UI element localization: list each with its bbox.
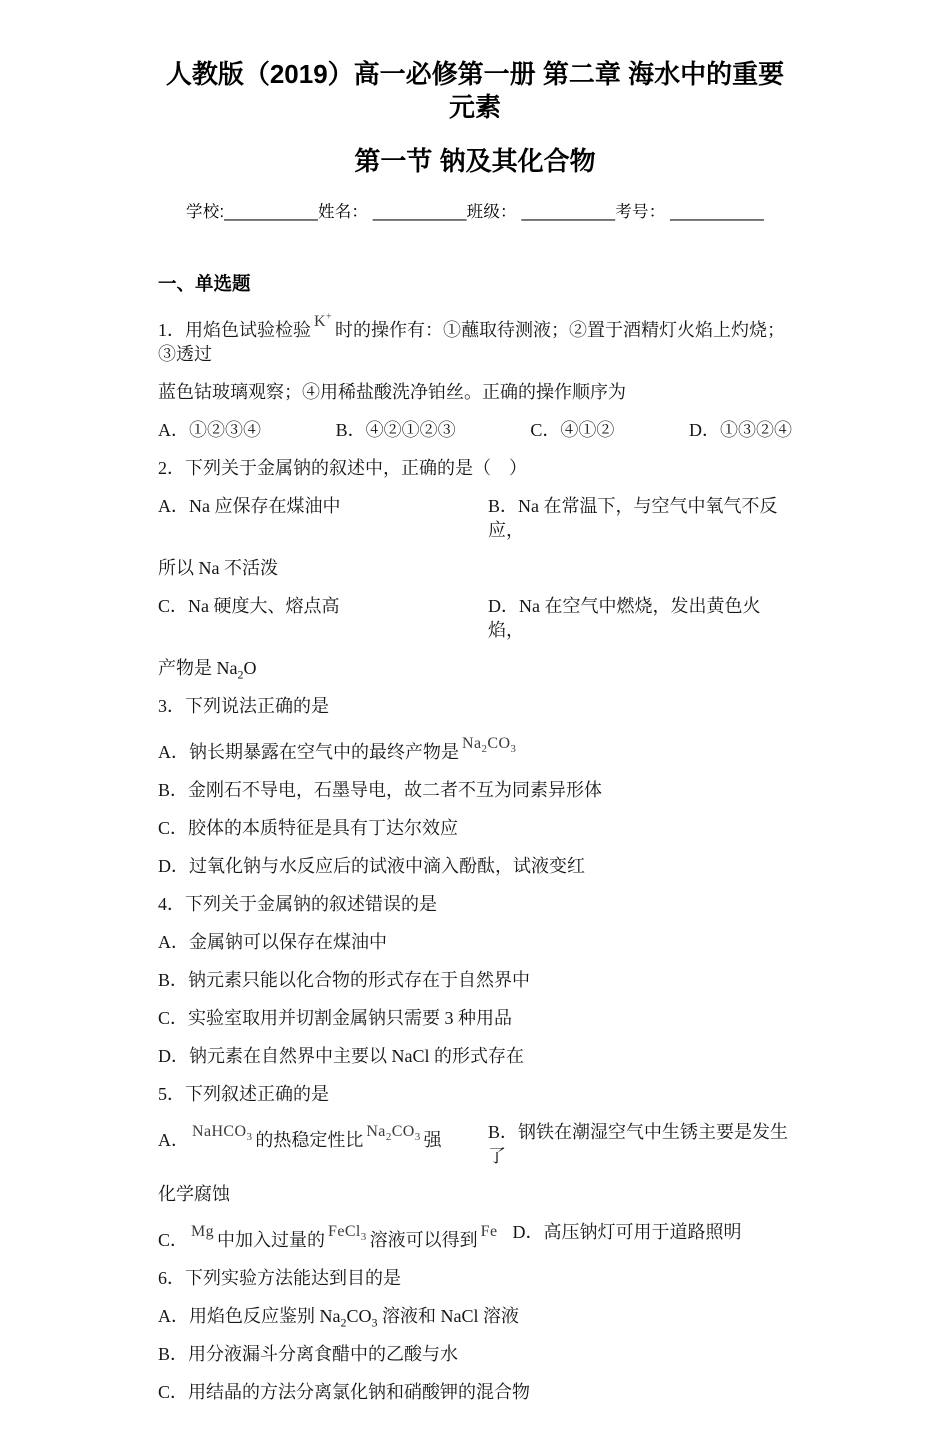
option: B．钢铁在潮湿空气中生锈主要是发生了: [488, 1120, 792, 1168]
text-run: A．金属钠可以保存在煤油中: [158, 932, 387, 952]
text-run: FeCl: [328, 1223, 361, 1240]
chem-formula: Fe: [481, 1223, 498, 1240]
text-run: C．胶体的本质特征是具有丁达尔效应: [158, 818, 458, 838]
text-run: 强: [424, 1130, 442, 1150]
option: B．④②①②③: [336, 418, 456, 442]
chem-formula: FeCl3: [328, 1223, 367, 1240]
option: D．①③②④: [689, 418, 792, 442]
text-run: O: [244, 658, 257, 678]
text-run: NaHCO: [192, 1123, 246, 1140]
question-1: 1．用焰色试验检验K+时的操作有：①蘸取待测液；②置于酒精灯火焰上灼烧；③透过蓝…: [158, 310, 792, 442]
question-line: 6．下列实验方法能达到目的是: [158, 1266, 792, 1290]
question-line: A．用焰色反应鉴别 Na2CO3 溶液和 NaCl 溶液: [158, 1304, 792, 1328]
text-run: A．Na 应保存在煤油中: [158, 496, 341, 516]
text-run: 的热稳定性比: [255, 1130, 363, 1150]
question-6: 6．下列实验方法能达到目的是A．用焰色反应鉴别 Na2CO3 溶液和 NaCl …: [158, 1266, 792, 1404]
question-line: C．实验室取用并切割金属钠只需要 3 种用品: [158, 1006, 792, 1030]
text-run: 3．下列说法正确的是: [158, 696, 329, 716]
option: C．Na 硬度大、熔点高: [158, 594, 488, 618]
text-run: 溶液可以得到: [370, 1230, 478, 1250]
text-run: Na: [462, 735, 481, 752]
question-line: C．胶体的本质特征是具有丁达尔效应: [158, 816, 792, 840]
text-run: C．实验室取用并切割金属钠只需要 3 种用品: [158, 1008, 512, 1028]
question-line: C．Na 硬度大、熔点高D．Na 在空气中燃烧，发出黄色火焰，: [158, 594, 792, 642]
question-line: 化学腐蚀: [158, 1182, 792, 1206]
option: C．④①②: [530, 418, 614, 442]
option: A．NaHCO3的热稳定性比Na2CO3强: [158, 1120, 488, 1152]
text-run: 4．下列关于金属钠的叙述错误的是: [158, 894, 437, 914]
question-line: 2．下列关于金属钠的叙述中，正确的是（ ）: [158, 456, 792, 480]
text-run: B．用分液漏斗分离食醋中的乙酸与水: [158, 1344, 458, 1364]
subscript: 3: [510, 743, 516, 755]
question-line: B．钠元素只能以化合物的形式存在于自然界中: [158, 968, 792, 992]
text-run: B．金刚石不导电，石墨导电，故二者不互为同素异形体: [158, 780, 602, 800]
chem-formula: K+: [314, 313, 332, 330]
text-run: D．①③②④: [689, 420, 792, 440]
question-line: D．过氧化钠与水反应后的试液中滴入酚酞，试液变红: [158, 854, 792, 878]
text-run: 6．下列实验方法能达到目的是: [158, 1268, 401, 1288]
text-run: B．钠元素只能以化合物的形式存在于自然界中: [158, 970, 530, 990]
text-run: CO: [392, 1123, 415, 1140]
question-line: D．钠元素在自然界中主要以 NaCl 的形式存在: [158, 1044, 792, 1068]
text-run: D．钠元素在自然界中主要以 NaCl 的形式存在: [158, 1046, 524, 1066]
student-info-line: 学校:__________姓名： __________班级： _________…: [158, 198, 792, 222]
text-run: Na: [366, 1123, 385, 1140]
question-line: A．金属钠可以保存在煤油中: [158, 930, 792, 954]
question-line: 3．下列说法正确的是: [158, 694, 792, 718]
text-run: D．过氧化钠与水反应后的试液中滴入酚酞，试液变红: [158, 856, 585, 876]
section-heading: 一、单选题: [158, 270, 792, 296]
page-title-line1: 人教版（2019）高一必修第一册 第二章 海水中的重要元素: [158, 58, 792, 123]
text-run: B．④②①②③: [336, 420, 456, 440]
subscript: 3: [246, 1131, 252, 1143]
question-2: 2．下列关于金属钠的叙述中，正确的是（ ）A．Na 应保存在煤油中B．Na 在常…: [158, 456, 792, 680]
superscript: +: [326, 311, 332, 322]
questions-list: 1．用焰色试验检验K+时的操作有：①蘸取待测液；②置于酒精灯火焰上灼烧；③透过蓝…: [158, 310, 792, 1404]
page-title-line2: 第一节 钠及其化合物: [158, 145, 792, 178]
question-line: A．①②③④B．④②①②③C．④①②D．①③②④: [158, 418, 792, 442]
text-run: 产物是 Na: [158, 658, 238, 678]
chem-formula: Mg: [191, 1223, 214, 1240]
question-line: C．Mg中加入过量的FeCl3溶液可以得到FeD．高压钠灯可用于道路照明: [158, 1220, 792, 1252]
text-run: C．用结晶的方法分离氯化钠和硝酸钾的混合物: [158, 1382, 530, 1402]
text-run: C．: [158, 1230, 188, 1250]
text-run: B．钢铁在潮湿空气中生锈主要是发生了: [488, 1122, 788, 1166]
subscript: 3: [361, 1231, 367, 1243]
text-run: 化学腐蚀: [158, 1184, 230, 1204]
text-run: 2．下列关于金属钠的叙述中，正确的是（ ）: [158, 458, 527, 478]
question-line: B．用分液漏斗分离食醋中的乙酸与水: [158, 1342, 792, 1366]
question-line: 所以 Na 不活泼: [158, 556, 792, 580]
question-line: 4．下列关于金属钠的叙述错误的是: [158, 892, 792, 916]
text-run: CO: [347, 1306, 372, 1326]
text-run: 中加入过量的: [217, 1230, 325, 1250]
option: D．Na 在空气中燃烧，发出黄色火焰，: [488, 594, 792, 642]
option: B．Na 在常温下，与空气中氧气不反应，: [488, 494, 792, 542]
question-line: A．钠长期暴露在空气中的最终产物是Na2CO3: [158, 732, 792, 764]
subscript: 3: [415, 1131, 421, 1143]
question-line: A．Na 应保存在煤油中B．Na 在常温下，与空气中氧气不反应，: [158, 494, 792, 542]
text-run: Mg: [191, 1223, 214, 1240]
option: D．高压钠灯可用于道路照明: [512, 1220, 792, 1244]
text-run: C．④①②: [530, 420, 614, 440]
text-run: 溶液和 NaCl 溶液: [378, 1306, 520, 1326]
chem-formula: NaHCO3: [192, 1123, 252, 1140]
question-line: B．金刚石不导电，石墨导电，故二者不互为同素异形体: [158, 778, 792, 802]
question-line: C．用结晶的方法分离氯化钠和硝酸钾的混合物: [158, 1380, 792, 1404]
text-run: 所以 Na 不活泼: [158, 558, 278, 578]
chem-formula: Na2CO3: [366, 1123, 420, 1140]
option: A．①②③④: [158, 418, 261, 442]
question-4: 4．下列关于金属钠的叙述错误的是A．金属钠可以保存在煤油中B．钠元素只能以化合物…: [158, 892, 792, 1068]
question-line: 1．用焰色试验检验K+时的操作有：①蘸取待测液；②置于酒精灯火焰上灼烧；③透过: [158, 310, 792, 366]
text-run: A．: [158, 1130, 189, 1150]
question-line: 5．下列叙述正确的是: [158, 1082, 792, 1106]
question-3: 3．下列说法正确的是A．钠长期暴露在空气中的最终产物是Na2CO3B．金刚石不导…: [158, 694, 792, 878]
chem-formula: Na2CO3: [462, 735, 516, 752]
option: C．Mg中加入过量的FeCl3溶液可以得到Fe: [158, 1220, 512, 1252]
text-run: 蓝色钴玻璃观察；④用稀盐酸洗净铂丝。正确的操作顺序为: [158, 382, 626, 402]
text-run: Fe: [481, 1223, 498, 1240]
question-5: 5．下列叙述正确的是A．NaHCO3的热稳定性比Na2CO3强B．钢铁在潮湿空气…: [158, 1082, 792, 1252]
text-run: A．钠长期暴露在空气中的最终产物是: [158, 742, 459, 762]
text-run: 1．用焰色试验检验: [158, 320, 311, 340]
question-line: 产物是 Na2O: [158, 656, 792, 680]
text-run: K: [314, 313, 326, 330]
document-page: 人教版（2019）高一必修第一册 第二章 海水中的重要元素 第一节 钠及其化合物…: [0, 0, 950, 1444]
text-run: 5．下列叙述正确的是: [158, 1084, 329, 1104]
question-line: A．NaHCO3的热稳定性比Na2CO3强B．钢铁在潮湿空气中生锈主要是发生了: [158, 1120, 792, 1168]
text-run: CO: [487, 735, 510, 752]
text-run: D．Na 在空气中燃烧，发出黄色火焰，: [488, 596, 761, 640]
question-line: 蓝色钴玻璃观察；④用稀盐酸洗净铂丝。正确的操作顺序为: [158, 380, 792, 404]
text-run: D．高压钠灯可用于道路照明: [512, 1222, 741, 1242]
option: A．Na 应保存在煤油中: [158, 494, 488, 518]
text-run: B．Na 在常温下，与空气中氧气不反应，: [488, 496, 778, 540]
text-run: C．Na 硬度大、熔点高: [158, 596, 340, 616]
text-run: A．用焰色反应鉴别 Na: [158, 1306, 341, 1326]
text-run: A．①②③④: [158, 420, 261, 440]
